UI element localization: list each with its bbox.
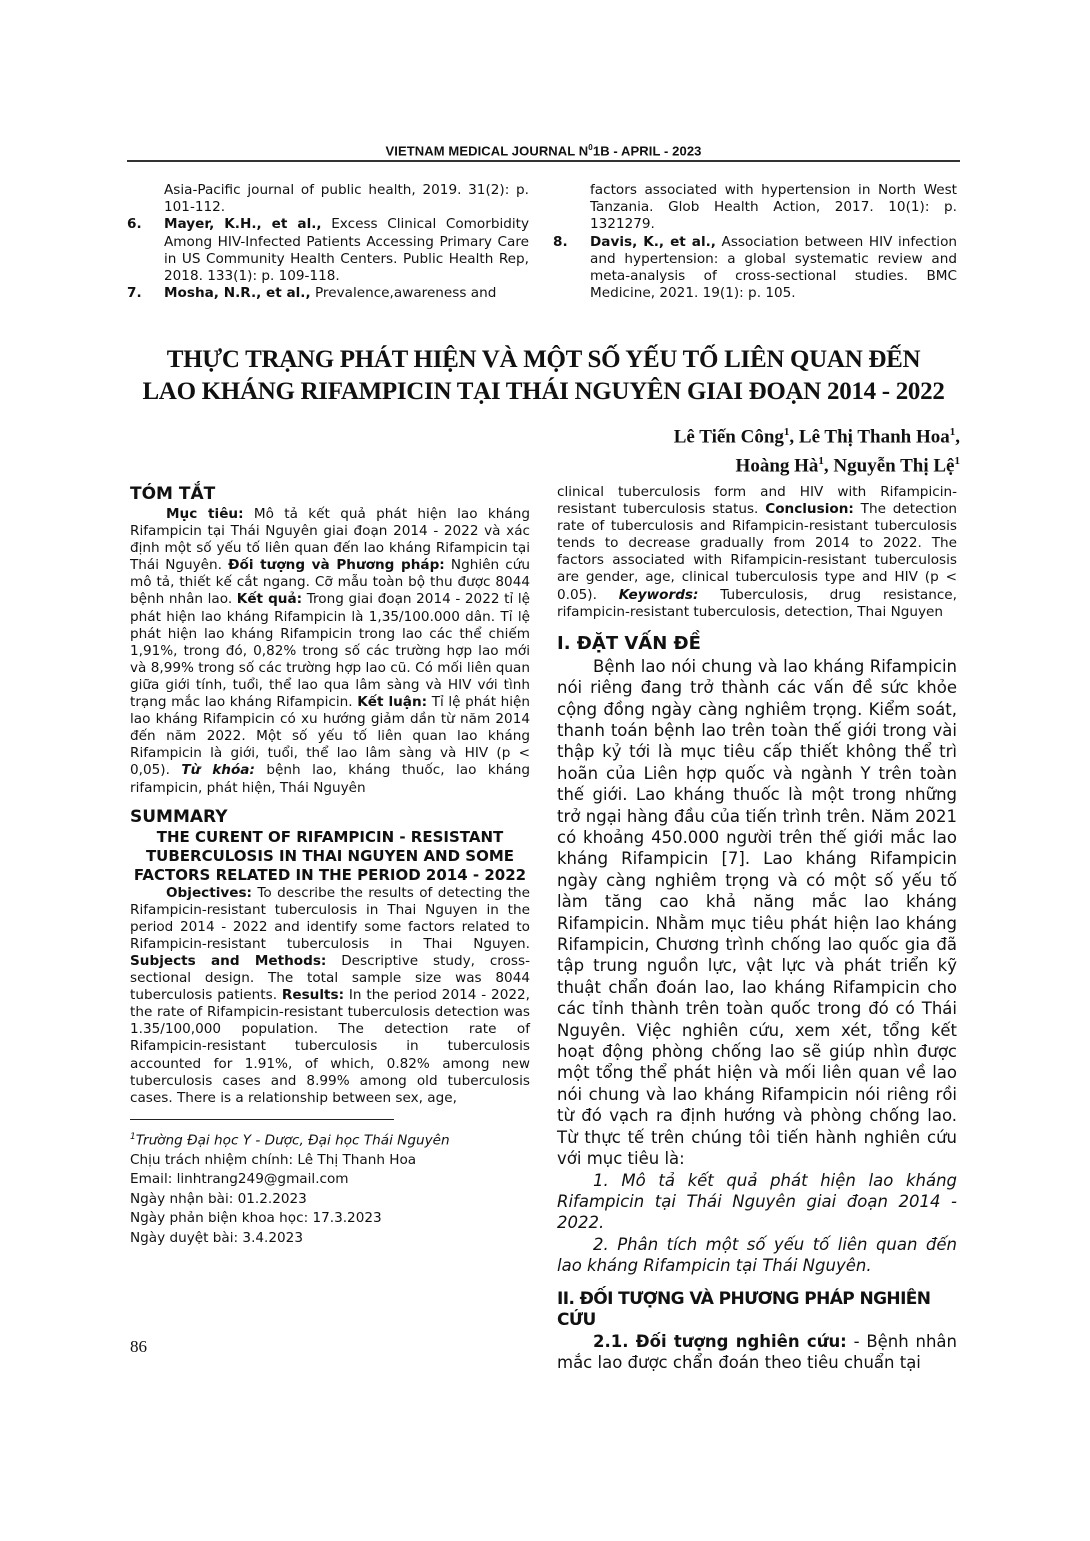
reference-item: factors associated with hypertension in …	[553, 182, 957, 234]
left-body-column: TÓM TẮT Mục tiêu: Mô tả kết quả phát hiệ…	[130, 484, 530, 1248]
objectives-label: Objectives:	[166, 885, 252, 901]
results-text: In the period 2014 - 2022, the rate of R…	[130, 987, 530, 1106]
reference-authors: Davis, K., et al.,	[590, 234, 716, 250]
date-accepted: Ngày duyệt bài: 3.4.2023	[130, 1229, 530, 1249]
objective-label: Mục tiêu:	[166, 506, 244, 522]
journal-name: VIETNAM MEDICAL JOURNAL N	[385, 143, 588, 158]
affiliation-mark: 1	[955, 455, 961, 467]
affiliation-text: Trường Đại học Y - Dược, Đại học Thái Ng…	[136, 1132, 450, 1148]
section-2-heading: II. ĐỐI TƯỢNG VÀ PHƯƠNG PHÁP NGHIÊN CỨU	[557, 1289, 957, 1331]
section-1-heading: I. ĐẶT VẤN ĐỀ	[557, 633, 957, 654]
affiliation-mark: 1	[784, 426, 790, 438]
reference-item: 8.Davis, K., et al., Association between…	[553, 234, 957, 303]
reference-number: 6.	[127, 216, 142, 233]
results-text: Trong giai đoạn 2014 - 2022 tỉ lệ phát h…	[130, 591, 530, 710]
reference-item: Asia-Pacific journal of public health, 2…	[127, 182, 529, 216]
reference-item: 7.Mosha, N.R., et al., Prevalence,awaren…	[127, 285, 529, 302]
corresponding-author: Chịu trách nhiệm chính: Lê Thị Thanh Hoa	[130, 1151, 530, 1171]
methods-label: Subjects and Methods:	[130, 953, 326, 969]
running-header: VIETNAM MEDICAL JOURNAL N01B - APRIL - 2…	[127, 143, 960, 158]
objective-item-2: 2. Phân tích một số yếu tố liên quan đến…	[557, 1234, 957, 1277]
abstract-en-body: Objectives: To describe the results of d…	[130, 885, 530, 1107]
summary-heading: SUMMARY	[130, 807, 530, 828]
reference-number: 8.	[553, 234, 568, 251]
abstract-en-continued: Conclusion:clinical tuberculosis form an…	[557, 484, 957, 621]
affiliation-mark: 1	[950, 426, 956, 438]
references-right-column: factors associated with hypertension in …	[553, 182, 957, 302]
reference-text: Asia-Pacific journal of public health, 2…	[164, 182, 529, 215]
conclusion-label: Kết luận:	[357, 694, 427, 710]
reference-authors: Mayer, K.H., et al.,	[164, 216, 322, 232]
date-received: Ngày nhận bài: 01.2.2023	[130, 1190, 530, 1210]
reference-number: 7.	[127, 285, 142, 302]
issue-label: 1B - APRIL - 2023	[593, 143, 702, 158]
results-label: Results:	[282, 987, 344, 1003]
section-1-paragraph: Bệnh lao nói chung và lao kháng Rifampic…	[557, 656, 957, 1170]
title-line-1: THỰC TRẠNG PHÁT HIỆN VÀ MỘT SỐ YẾU TỐ LI…	[127, 344, 960, 376]
title-line-2: LAO KHÁNG RIFAMPICIN TẠI THÁI NGUYÊN GIA…	[127, 376, 960, 408]
author-name: Hoàng Hà	[736, 456, 819, 477]
keywords-label: Keywords:	[619, 587, 699, 603]
abstract-vi-body: Mục tiêu: Mô tả kết quả phát hiện lao kh…	[130, 506, 530, 797]
author-name: Nguyễn Thị Lệ	[833, 456, 954, 477]
methods-label: Đối tượng và Phương pháp:	[228, 557, 445, 573]
right-body-column: Conclusion:clinical tuberculosis form an…	[557, 484, 957, 1373]
reference-text: factors associated with hypertension in …	[590, 182, 957, 232]
footnote-rule	[130, 1119, 394, 1120]
date-reviewed: Ngày phản biện khoa học: 17.3.2023	[130, 1209, 530, 1229]
journal-page: VIETNAM MEDICAL JOURNAL N01B - APRIL - 2…	[0, 0, 1090, 1541]
keywords-label: Từ khóa:	[181, 762, 255, 778]
abstract-vi-heading: TÓM TẮT	[130, 484, 530, 505]
footnotes: 1Trường Đại học Y - Dược, Đại học Thái N…	[130, 1128, 530, 1249]
affiliation-footnote: 1Trường Đại học Y - Dược, Đại học Thái N…	[130, 1128, 530, 1151]
subsection-label: 2.1. Đối tượng nghiên cứu:	[593, 1332, 847, 1351]
reference-authors: Mosha, N.R., et al.,	[164, 285, 311, 301]
section-2-1-paragraph: 2.1. Đối tượng nghiên cứu: - Bệnh nhân m…	[557, 1331, 957, 1374]
header-rule	[127, 160, 960, 162]
reference-text: Prevalence,awareness and	[315, 285, 496, 301]
summary-title: THE CURENT OF RIFAMPICIN - RESISTANT TUB…	[130, 828, 530, 885]
page-number: 86	[130, 1337, 147, 1357]
conclusion-label: Conclusion:	[765, 501, 854, 517]
references-left-column: Asia-Pacific journal of public health, 2…	[127, 182, 529, 302]
author-list: Lê Tiến Công1, Lê Thị Thanh Hoa1, Hoàng …	[674, 420, 960, 479]
article-title: THỰC TRẠNG PHÁT HIỆN VÀ MỘT SỐ YẾU TỐ LI…	[127, 344, 960, 408]
author-name: Lê Tiến Công	[674, 426, 784, 447]
reference-item: 6.Mayer, K.H., et al., Excess Clinical C…	[127, 216, 529, 285]
email: Email: linhtrang249@gmail.com	[130, 1170, 530, 1190]
objective-item-1: 1. Mô tả kết quả phát hiện lao kháng Rif…	[557, 1170, 957, 1234]
author-name: Lê Thị Thanh Hoa	[799, 426, 950, 447]
results-label: Kết quả:	[237, 591, 302, 607]
affiliation-mark: 1	[818, 455, 824, 467]
